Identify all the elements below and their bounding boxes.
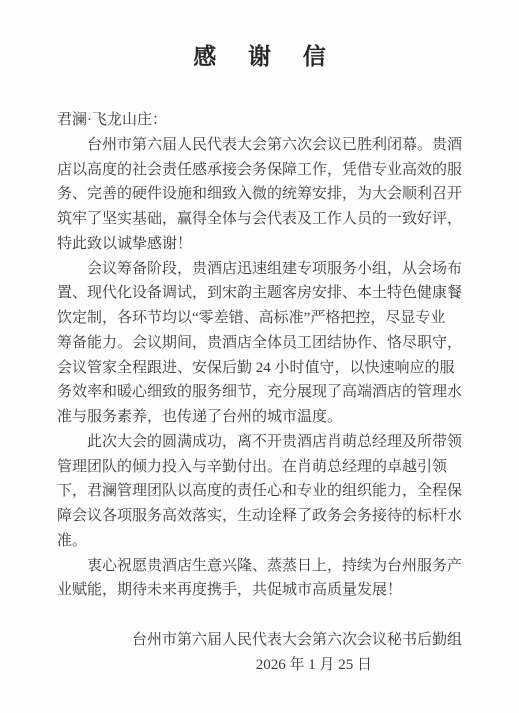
letter-line: 衷心祝愿贵酒店生意兴隆、蒸蒸日上，持续为台州服务产 xyxy=(57,554,462,579)
letter-signature: 台州市第六届人民代表大会第六次会议秘书后勤组 xyxy=(57,628,462,653)
letter-line: 此次大会的圆满成功，离不开贵酒店肖萌总经理及所带领 xyxy=(57,430,462,455)
letter-body: 君澜·飞龙山庄： 台州市第六届人民代表大会第六次会议已胜利闭幕。贵酒店以高度的社… xyxy=(57,108,462,677)
letter-title: 感 谢 信 xyxy=(0,42,519,72)
letter-line: 会议筹备阶段，贵酒店迅速组建专项服务小组，从会场布 xyxy=(57,257,462,282)
letter-line: 务效率和暖心细致的服务细节，充分展现了高端酒店的管理水 xyxy=(57,380,462,405)
letter-paragraphs: 台州市第六届人民代表大会第六次会议已胜利闭幕。贵酒店以高度的社会责任感承接会务保… xyxy=(57,133,462,603)
letter-date: 2026 年 1 月 25 日 xyxy=(57,653,462,678)
letter-line: 置、现代化设备调试，到宋韵主题客房安排、本土特色健康餐 xyxy=(57,281,462,306)
letter-line: 业赋能，期待未来再度携手，共促城市高质量发展！ xyxy=(57,578,462,603)
letter-line: 准与服务素养，也传递了台州的城市温度。 xyxy=(57,405,462,430)
letter-salutation: 君澜·飞龙山庄： xyxy=(57,108,462,133)
letter-line: 饮定制，各环节均以“零差错、高标准”严格把控，尽显专业 xyxy=(57,306,462,331)
letter-line: 台州市第六届人民代表大会第六次会议已胜利闭幕。贵酒 xyxy=(57,133,462,158)
letter-line: 准。 xyxy=(57,529,462,554)
letter-line: 下，君澜管理团队以高度的责任心和专业的组织能力，全程保 xyxy=(57,479,462,504)
letter-line: 特此致以诚挚感谢！ xyxy=(57,232,462,257)
letter-page: 感 谢 信 君澜·飞龙山庄： 台州市第六届人民代表大会第六次会议已胜利闭幕。贵酒… xyxy=(0,0,519,713)
letter-line: 店以高度的社会责任感承接会务保障工作，凭借专业高效的服 xyxy=(57,158,462,183)
letter-line: 障会议各项服务高效落实，生动诠释了政务会务接待的标杆水 xyxy=(57,504,462,529)
letter-line: 务、完善的硬件设施和细致入微的统筹安排，为大会顺利召开 xyxy=(57,182,462,207)
letter-line: 管理团队的倾力投入与辛勤付出。在肖萌总经理的卓越引领 xyxy=(57,455,462,480)
letter-line: 筹备能力。会议期间，贵酒店全体员工团结协作、恪尽职守， xyxy=(57,331,462,356)
letter-line: 会议管家全程跟进、安保后勤 24 小时值守，以快速响应的服 xyxy=(57,356,462,381)
letter-line: 筑牢了坚实基础，赢得全体与会代表及工作人员的一致好评， xyxy=(57,207,462,232)
